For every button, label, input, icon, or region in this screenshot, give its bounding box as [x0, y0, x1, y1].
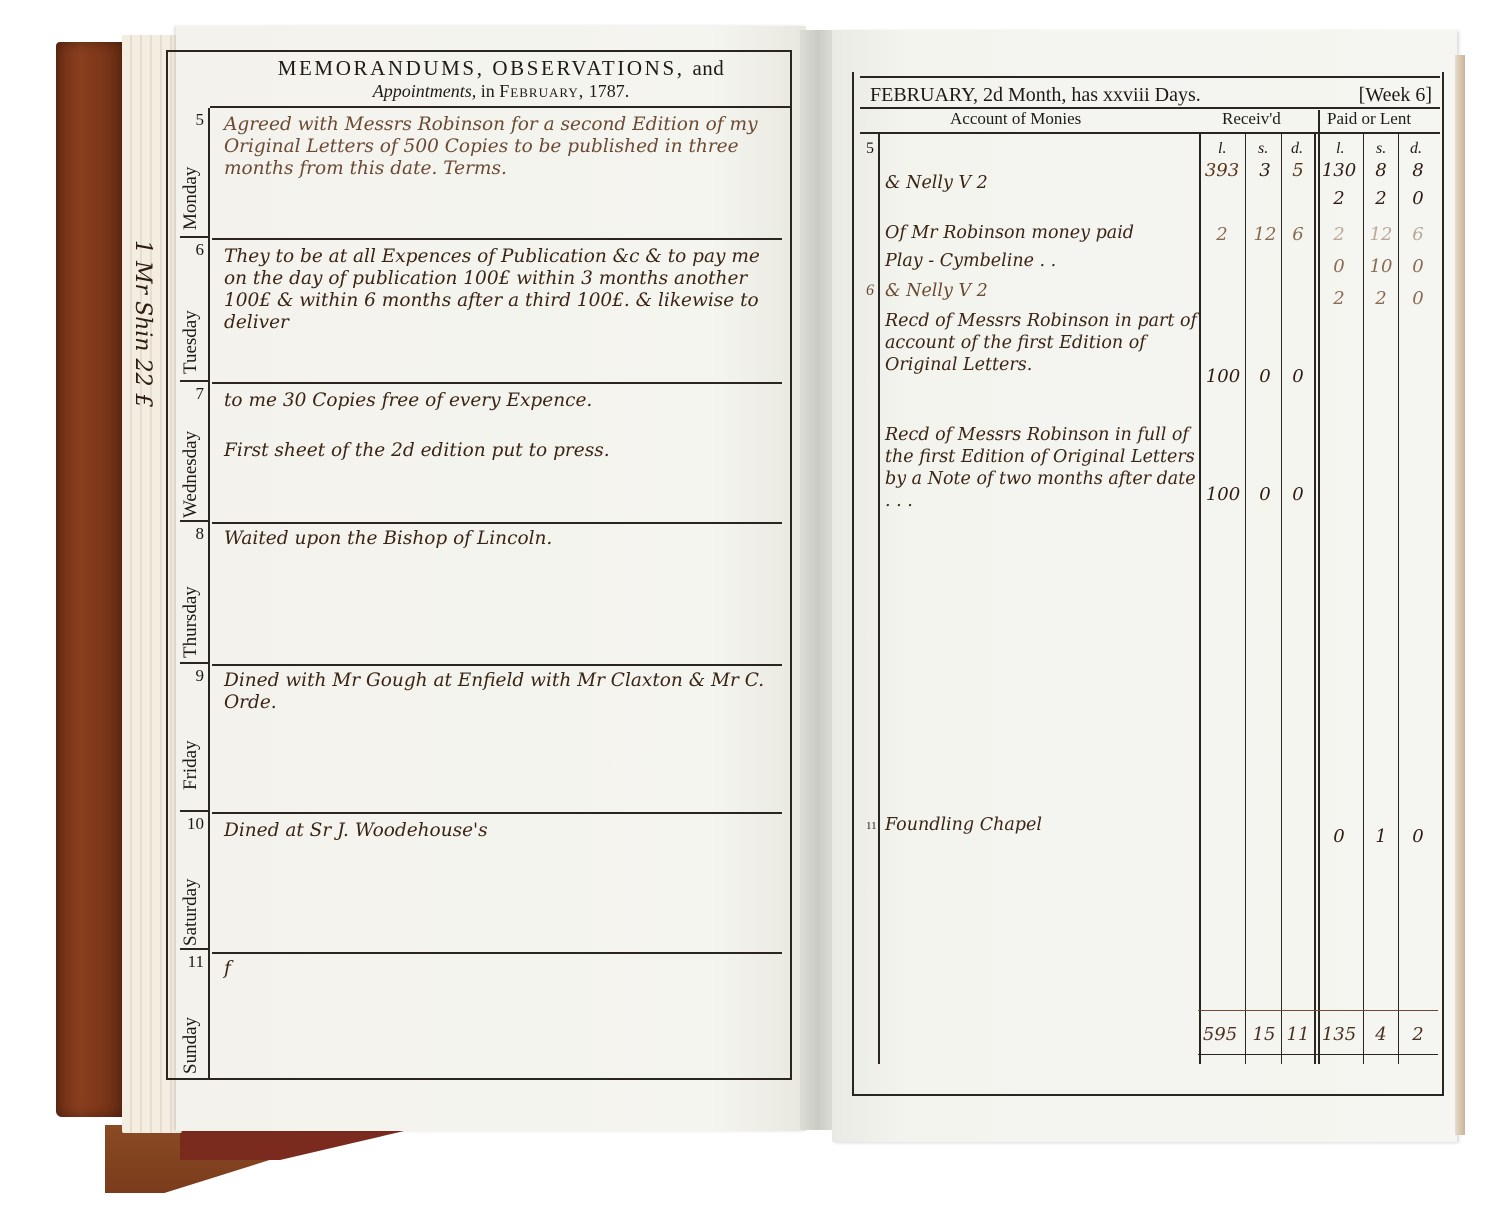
unit-shillings: s.	[1376, 140, 1386, 158]
paid-divider-rule	[1314, 134, 1316, 1064]
unit-shillings: s.	[1258, 140, 1268, 158]
amount-cell: 0	[1399, 188, 1437, 209]
paid-divider-rule-2	[1318, 110, 1320, 1064]
amount-cell: 0	[1279, 484, 1317, 505]
account-entry: Foundling Chapel	[885, 814, 1200, 836]
account-entry: Of Mr Robinson money paid	[885, 222, 1200, 244]
month-title: FEBRUARY, 2d Month, has xxviii Days.	[870, 84, 1201, 107]
day-rule	[212, 664, 782, 666]
amount-cell: 2	[1320, 288, 1358, 309]
amount-cell: 6	[1279, 224, 1317, 245]
total-received-shillings: 15	[1245, 1024, 1283, 1045]
amount-cell: 100	[1204, 366, 1242, 387]
received-s-rule	[1245, 134, 1246, 1064]
account-entry: & Nelly V 2	[885, 172, 1200, 194]
account-day-11: 11	[866, 820, 877, 832]
day-rule	[212, 522, 782, 524]
memorandum-body: Agreed with Messrs Robinson for a second…	[212, 108, 792, 1078]
account-entry: Recd of Messrs Robinson in part of accou…	[885, 310, 1200, 376]
day-rule	[212, 812, 782, 814]
amount-cell: 2	[1362, 288, 1400, 309]
unit-pence: d.	[1410, 140, 1422, 158]
entry-thursday: Waited upon the Bishop of Lincoln.	[224, 528, 779, 550]
total-paid-shillings: 4	[1362, 1024, 1400, 1045]
column-headers: Account of Monies Receiv'd Paid or Lent	[860, 108, 1440, 134]
entry-friday: Dined with Mr Gough at Enfield with Mr C…	[224, 670, 779, 714]
amount-cell: 2	[1203, 224, 1241, 245]
day-wednesday: 7 Wednesday	[176, 382, 210, 522]
amount-cell: 0	[1320, 256, 1358, 277]
entry-wednesday-2: First sheet of the 2d edition put to pre…	[224, 440, 779, 462]
amount-cell: 5	[1279, 160, 1317, 181]
col-head-paid: Paid or Lent	[1327, 109, 1411, 129]
amount-cell: 10	[1362, 256, 1400, 277]
amount-cell: 0	[1399, 256, 1437, 277]
account-day-6: 6	[866, 282, 874, 300]
day-sunday: 11 Sunday	[176, 950, 210, 1078]
day-rule	[212, 238, 782, 240]
memorandum-frame: MEMORANDUMS, OBSERVATIONS, and Appointme…	[166, 50, 792, 1080]
day-tuesday: 6 Tuesday	[176, 238, 210, 382]
day-thursday: 8 Thursday	[176, 522, 210, 664]
col-head-account: Account of Monies	[950, 109, 1081, 129]
unit-pounds: l.	[1218, 140, 1226, 158]
total-received-pence: 11	[1279, 1024, 1317, 1045]
entry-sunday: f	[224, 958, 779, 980]
day-saturday: 10 Saturday	[176, 812, 210, 952]
received-d-rule	[1281, 134, 1282, 1064]
amount-cell: 8	[1399, 160, 1437, 181]
day-monday: 5 Monday	[176, 108, 210, 238]
unit-pence: d.	[1291, 140, 1303, 158]
amount-cell: 0	[1279, 366, 1317, 387]
totals-bottom-rule	[1198, 1054, 1438, 1055]
entry-wednesday-1: to me 30 Copies free of every Expence.	[224, 390, 779, 412]
header-rule	[860, 132, 1440, 134]
amount-cell: 100	[1204, 484, 1242, 505]
entry-monday: Agreed with Messrs Robinson for a second…	[224, 114, 779, 180]
header-rule	[860, 76, 1440, 78]
day-rule	[212, 382, 782, 384]
account-title: FEBRUARY, 2d Month, has xxviii Days. [We…	[870, 80, 1436, 110]
col-head-received: Receiv'd	[1222, 109, 1281, 129]
account-entry: Play - Cymbeline . .	[885, 250, 1200, 272]
amount-cell: 2	[1320, 224, 1358, 245]
memorandum-title: MEMORANDUMS, OBSERVATIONS, and	[210, 56, 792, 80]
received-l-rule	[1199, 134, 1201, 1064]
amount-cell: 0	[1399, 288, 1437, 309]
amount-cell: 0	[1320, 826, 1358, 847]
day-rule	[212, 952, 782, 954]
account-entry: Recd of Messrs Robinson in full of the f…	[885, 424, 1200, 512]
day-column: 5 Monday 6 Tuesday 7 Wednesday 8 Thursda…	[176, 108, 210, 1078]
amount-cell: 2	[1320, 188, 1358, 209]
entry-tuesday: They to be at all Expences of Publicatio…	[224, 246, 779, 334]
memorandum-subtitle: Appointments, in February, 1787.	[210, 80, 792, 102]
date-column-rule	[878, 134, 880, 1064]
week-label: [Week 6]	[1359, 84, 1436, 107]
leather-cover-spine	[56, 42, 126, 1117]
amount-cell: 1	[1362, 826, 1400, 847]
margin-note: 1 Mr Shin 22 £	[130, 240, 155, 407]
entry-saturday: Dined at Sr J. Woodehouse's	[224, 820, 779, 842]
amount-cell: 0	[1399, 826, 1437, 847]
account-entry: & Nelly V 2	[885, 280, 1200, 302]
memorandum-header: MEMORANDUMS, OBSERVATIONS, and Appointme…	[210, 52, 792, 108]
day-friday: 9 Friday	[176, 664, 210, 812]
amount-cell: 12	[1362, 224, 1400, 245]
right-page-edge	[1455, 55, 1465, 1135]
amount-cell: 8	[1362, 160, 1400, 181]
amount-cell: 6	[1399, 224, 1437, 245]
amount-cell: 393	[1203, 160, 1241, 181]
total-paid-pounds: 135	[1320, 1024, 1358, 1045]
amount-cell: 130	[1320, 160, 1358, 181]
account-day-5: 5	[866, 140, 874, 158]
amount-cell: 2	[1362, 188, 1400, 209]
unit-pounds: l.	[1336, 140, 1344, 158]
totals-rule	[1198, 1010, 1438, 1011]
total-paid-pence: 2	[1399, 1024, 1437, 1045]
total-received-pounds: 595	[1201, 1024, 1239, 1045]
